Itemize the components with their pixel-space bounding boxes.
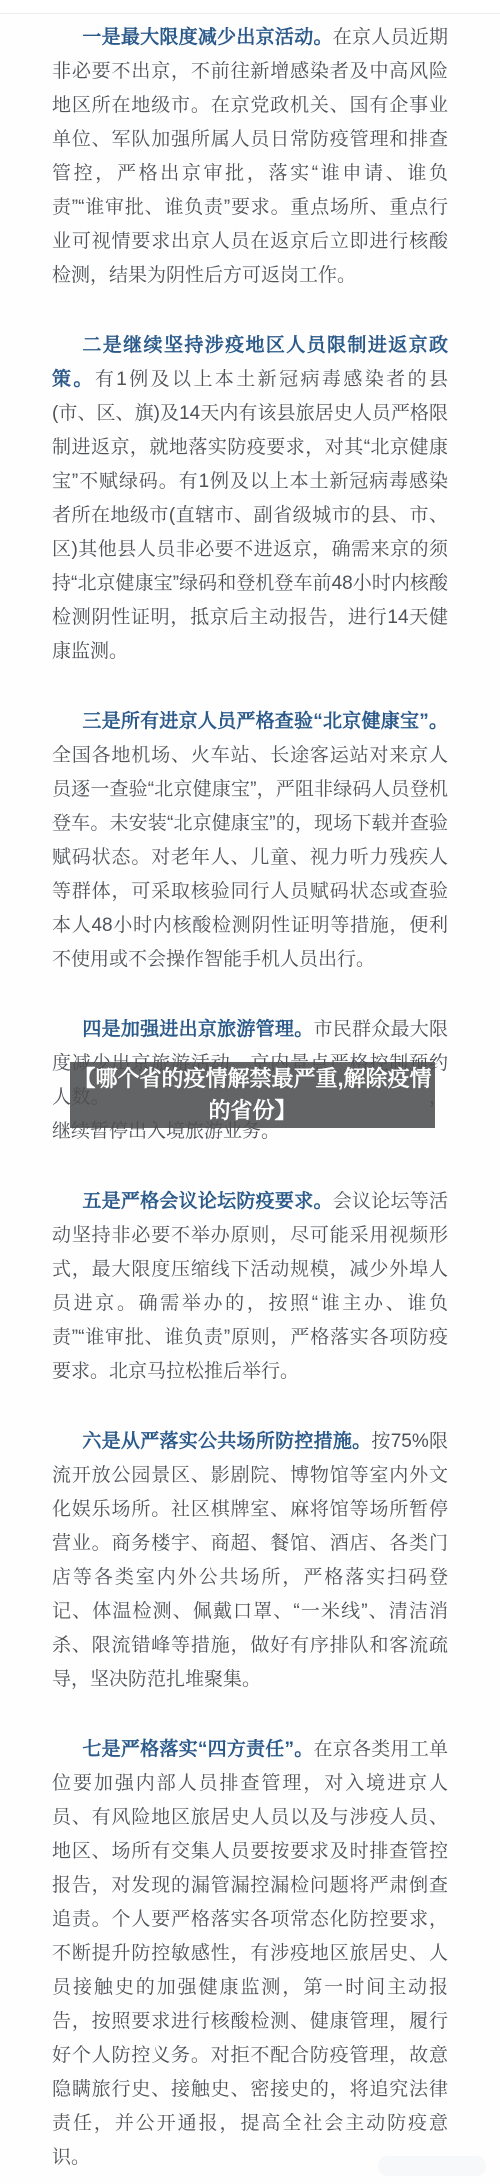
section-title-6: 六是从严落实公共场所防控措施。 xyxy=(82,1431,371,1452)
ad-overlay[interactable]: 【哪个省的疫情解禁最严重,解除疫情的省份】 xyxy=(70,1062,435,1128)
section-body-3: 全国各地机场、火车站、长途客运站对来京人员逐一查验“北京健康宝”，严阻非绿码人员… xyxy=(52,745,448,970)
section-title-5: 五是严格会议论坛防疫要求。 xyxy=(82,1191,332,1212)
section-body-5: 会议论坛等活动坚持非必要不举办原则，尽可能采用视频形式，最大限度压缩线下活动规模… xyxy=(52,1191,448,1382)
section-title-7: 七是严格落实“四方责任”。 xyxy=(82,1739,313,1760)
section-paragraph-3: 三是所有进京人员严格查验“北京健康宝”。全国各地机场、火车站、长途客运站对来京人… xyxy=(52,705,448,977)
section-body-2: 有1例及以上本土新冠病毒感染者的县(市、区、旗)及14天内有该县旅居史人员严格限… xyxy=(52,369,448,662)
section-body-1: 在京人员近期非必要不出京，不前往新增感染者及中高风险地区所在地级市。在京党政机关… xyxy=(52,27,448,286)
section-title-4: 四是加强进出京旅游管理。 xyxy=(82,1019,313,1040)
section-paragraph-5: 五是严格会议论坛防疫要求。会议论坛等活动坚持非必要不举办原则，尽可能采用视频形式… xyxy=(52,1185,448,1389)
section-body-6: 按75%限流开放公园景区、影剧院、博物馆等室内外文化娱乐场所。社区棋牌室、麻将馆… xyxy=(52,1431,448,1690)
top-divider xyxy=(0,0,500,14)
section-paragraph-2: 二是继续坚持涉疫地区人员限制进返京政策。有1例及以上本土新冠病毒感染者的县(市、… xyxy=(52,329,448,669)
section-body-7: 在京各类用工单位要加强内部人员排查管理，对入境进京人员、有风险地区旅居史人员以及… xyxy=(52,1739,448,2168)
faint-watermark xyxy=(378,2156,486,2176)
section-paragraph-6: 六是从严落实公共场所防控措施。按75%限流开放公园景区、影剧院、博物馆等室内外文… xyxy=(52,1425,448,1697)
section-title-3: 三是所有进京人员严格查验“北京健康宝”。 xyxy=(82,711,448,732)
section-paragraph-7: 七是严格落实“四方责任”。在京各类用工单位要加强内部人员排查管理，对入境进京人员… xyxy=(52,1733,448,2175)
section-paragraph-1: 一是最大限度减少出京活动。在京人员近期非必要不出京，不前往新增感染者及中高风险地… xyxy=(52,21,448,293)
ad-overlay-text: 【哪个省的疫情解禁最严重,解除疫情的省份】 xyxy=(70,1063,435,1127)
section-title-1: 一是最大限度减少出京活动。 xyxy=(82,27,332,48)
